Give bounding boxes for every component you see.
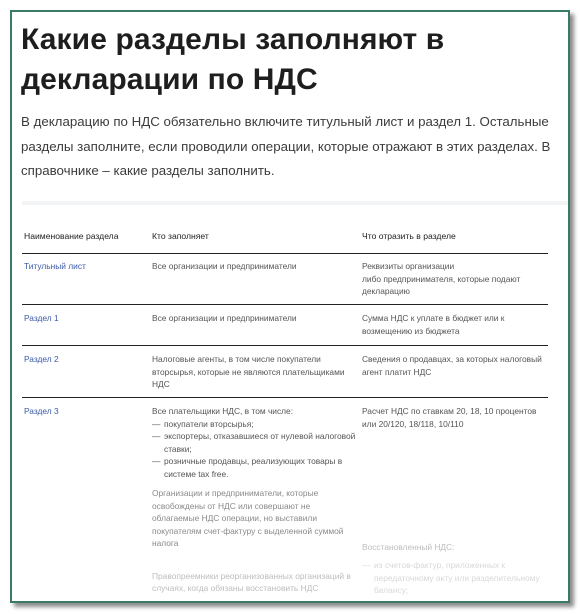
who-fills-cell: Все организации и предприниматели [152,312,357,325]
what-to-report-cell: Сведения о продавцах, за которых налогов… [362,353,542,378]
section-link-title-page[interactable]: Титульный лист [24,260,144,273]
table-header: Наименование раздела Кто заполняет Что о… [22,222,548,254]
what-text: Расчет НДС по ставкам 20, 18, 10 процент… [362,405,542,430]
what-restored-intro: Восстановленный НДС: [362,541,542,554]
who-fills-cell: Налоговые агенты, в том числе покупатели… [152,353,357,391]
list-item: покупатели вторсырья; [152,418,357,431]
header-who-fills: Кто заполняет [152,231,209,241]
table-row: Раздел 2 Налоговые агенты, в том числе п… [22,347,548,398]
header-section-name: Наименование раздела [24,231,118,241]
what-to-report-cell: Расчет НДС по ставкам 20, 18, 10 процент… [362,405,542,430]
header-what-to-report: Что отразить в разделе [362,231,456,241]
section-link-section-3[interactable]: Раздел 3 [24,405,144,418]
section-divider [22,201,568,205]
page-title: Какие разделы заполняют в декларации по … [21,20,568,100]
list-item: из счетов-фактур, приложенных к передато… [362,559,542,597]
section-link-section-1[interactable]: Раздел 1 [24,312,144,325]
lead-paragraph: В декларацию по НДС обязательно включите… [21,110,551,184]
what-to-report-cell: Реквизиты организации либо предпринимате… [362,260,542,298]
who-paragraph: Организации и предприниматели, которые о… [152,487,357,550]
table-row: Раздел 1 Все организации и предпринимате… [22,306,548,346]
table-row: Раздел 3 Все плательщики НДС, в том числ… [22,399,548,603]
what-to-report-cell: Сумма НДС к уплате в бюджет или к возмещ… [362,312,542,337]
who-intro: Все плательщики НДС, в том числе: [152,405,357,418]
table-row: Титульный лист Все организации и предпри… [22,254,548,305]
who-fills-cell: Все плательщики НДС, в том числе: покупа… [152,405,357,595]
list-item: экспортеры, отказавшиеся от нулевой нало… [152,430,357,455]
article-card: Какие разделы заполняют в декларации по … [10,10,570,603]
section-link-section-2[interactable]: Раздел 2 [24,353,144,366]
who-paragraph-successors: Правопреемники реорганизованных организа… [152,570,357,595]
list-item: розничные продавцы, реализующих товары в… [152,455,357,480]
who-fills-cell: Все организации и предприниматели [152,260,357,273]
